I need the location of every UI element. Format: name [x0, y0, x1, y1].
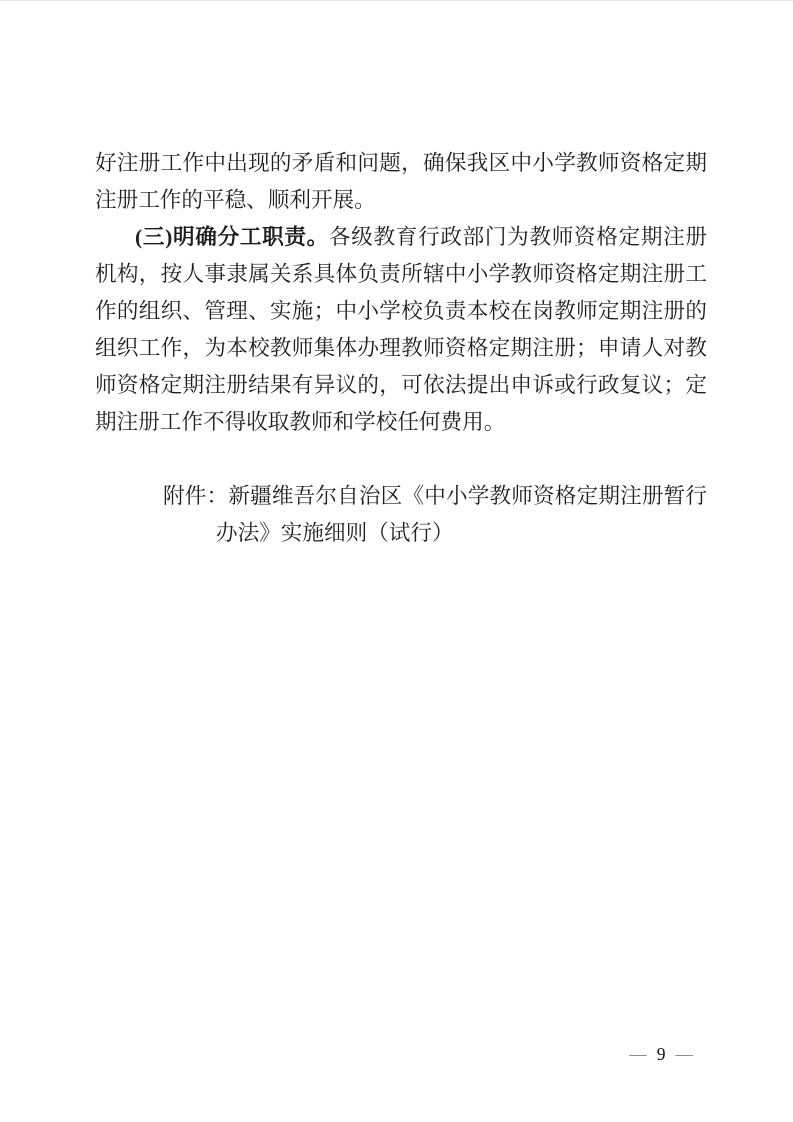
body-line-paragraph-end: 期注册工作不得收取教师和学校任何费用。	[95, 404, 707, 441]
page-number-value: 9	[657, 1044, 666, 1064]
body-line: 好注册工作中出现的矛盾和问题，确保我区中小学教师资格定期	[95, 145, 707, 182]
document-page: 好注册工作中出现的矛盾和问题，确保我区中小学教师资格定期 注册工作的平稳、顺利开…	[0, 0, 793, 1122]
page-number-dash-right: —	[676, 1044, 694, 1064]
paragraph-text: 各级教育行政部门为教师资格定期注册	[329, 225, 707, 249]
body-line-paragraph-end: 注册工作的平稳、顺利开展。	[95, 182, 707, 219]
attachment-label: 附件：	[163, 484, 228, 508]
page-number: —9—	[629, 1042, 693, 1066]
attachment-line-2: 办法》实施细则（试行）	[216, 515, 707, 552]
page-number-dash-left: —	[629, 1044, 647, 1064]
body-text: 好注册工作中出现的矛盾和问题，确保我区中小学教师资格定期 注册工作的平稳、顺利开…	[95, 145, 707, 552]
attachment-title-part1: 新疆维吾尔自治区《中小学教师资格定期注册暂行	[228, 484, 707, 508]
body-line-paragraph-start: (三)明确分工职责。各级教育行政部门为教师资格定期注册	[95, 219, 707, 256]
attachment-line-1: 附件：新疆维吾尔自治区《中小学教师资格定期注册暂行	[163, 478, 707, 515]
body-line: 作的组织、管理、实施；中小学校负责本校在岗教师定期注册的	[95, 293, 707, 330]
paragraph-lead-bold: (三)明确分工职责。	[135, 225, 329, 249]
body-line: 师资格定期注册结果有异议的，可依法提出申诉或行政复议；定	[95, 367, 707, 404]
body-line: 机构，按人事隶属关系具体负责所辖中小学教师资格定期注册工	[95, 256, 707, 293]
body-line: 组织工作，为本校教师集体办理教师资格定期注册；申请人对教	[95, 330, 707, 367]
blank-line	[95, 441, 707, 478]
